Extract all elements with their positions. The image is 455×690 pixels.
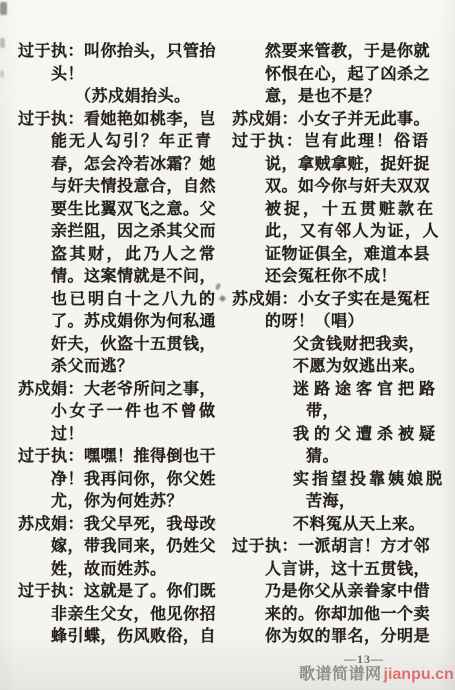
- text-line: 意，是也不是？: [232, 86, 452, 109]
- text-line: 被捉，十五贯赃款在: [232, 199, 452, 222]
- text-line: 非亲生父女，他见你招: [18, 604, 226, 627]
- text-line: 我的父遭杀被疑: [232, 424, 452, 447]
- page-edge-bleed-mark: [0, 70, 4, 78]
- text-line: 盗其财，此乃人之常: [18, 244, 226, 267]
- text-line: 过于执：岂有此理！俗语: [232, 131, 452, 154]
- text-line: 了。苏戍娟你为何私通: [18, 311, 226, 334]
- text-line: 头！: [18, 64, 226, 87]
- text-line: 姓，故而姓苏。: [18, 559, 226, 582]
- text-line: 证物证俱全，难道本县: [232, 244, 452, 267]
- text-line: 也已明白十之八九的: [18, 289, 226, 312]
- text-line: 还会冤枉你不成！: [232, 266, 452, 289]
- text-line: 人言讲，这十五贯钱，: [232, 559, 452, 582]
- text-line: 怀恨在心，起了凶杀之: [232, 64, 452, 87]
- text-line: 过于执：叫你抬头，只管抬: [18, 41, 226, 64]
- text-line: 嫁，带我同来，仍姓父: [18, 536, 226, 559]
- scanned-script-page: 过于执：叫你抬头，只管抬头！（苏戍娟抬头。过于执：看她艳如桃李，岂能无人勾引？年…: [0, 0, 455, 690]
- text-column-left: 过于执：叫你抬头，只管抬头！（苏戍娟抬头。过于执：看她艳如桃李，岂能无人勾引？年…: [18, 41, 226, 649]
- text-line: 尤，你为何姓苏？: [18, 491, 226, 514]
- text-line: （苏戍娟抬头。: [18, 86, 226, 109]
- text-line: 杀父而逃？: [18, 356, 226, 379]
- text-line: 过于执：一派胡言！方才邻: [232, 536, 452, 559]
- text-line: 亲拦阻，因之杀其父而: [18, 221, 226, 244]
- watermark-domain-link[interactable]: jianpu.cn: [384, 666, 454, 683]
- text-line: 苏戍娟：小女子并无此事。: [232, 109, 452, 132]
- text-line: 双。如今你与奸夫双双: [232, 176, 452, 199]
- text-line: 过！: [18, 424, 226, 447]
- text-line: 过于执：嘿嘿！推得倒也干: [18, 446, 226, 469]
- watermark-site-name: 歌谱简谱网: [299, 666, 382, 683]
- text-line: 乃是你父从亲眷家中借: [232, 581, 452, 604]
- text-line: 蜂引蝶，伤风败俗，自: [18, 626, 226, 649]
- text-line: 带，: [232, 401, 452, 424]
- text-line: 情。这案情就是不问，: [18, 266, 226, 289]
- text-line: 不料冤从天上来。: [232, 514, 452, 537]
- text-line: 奸夫，伙盗十五贯钱，: [18, 334, 226, 357]
- text-line: 不愿为奴逃出来。: [232, 356, 452, 379]
- text-line: 能无人勾引？年正青: [18, 131, 226, 154]
- text-line: 说，拿贼拿赃，捉奸捉: [232, 154, 452, 177]
- text-line: 过于执：这就是了。你们既: [18, 581, 226, 604]
- text-line: 你为奴的罪名，分明是: [232, 626, 452, 649]
- text-line: 要生比翼双飞之意。父: [18, 199, 226, 222]
- text-line: 来的。你却加他一个卖: [232, 604, 452, 627]
- text-line: 的呀！（唱）: [232, 311, 452, 334]
- watermark: 歌谱简谱网jianpu.cn: [299, 661, 454, 684]
- text-line: 然要来管教，于是你就: [232, 41, 452, 64]
- text-line: 苏戍娟：小女子实在是冤枉: [232, 289, 452, 312]
- text-line: 过于执：看她艳如桃李，岂: [18, 109, 226, 132]
- text-line: 净！我再问你，你父姓: [18, 469, 226, 492]
- text-line: 此，又有邻人为证，人: [232, 221, 452, 244]
- text-line: 苏戍娟：我父早死，我母改: [18, 514, 226, 537]
- text-line: 春，怎会冷若冰霜？她: [18, 154, 226, 177]
- text-column-right: 然要来管教，于是你就怀恨在心，起了凶杀之意，是也不是？苏戍娟：小女子并无此事。过…: [232, 41, 452, 649]
- text-line: 父贪钱财把我卖，: [232, 334, 452, 357]
- text-line: 苦海，: [232, 491, 452, 514]
- page-edge-bleed-mark: [0, 2, 7, 15]
- text-line: 猜。: [232, 446, 452, 469]
- text-line: 小女子一件也不曾做: [18, 401, 226, 424]
- text-line: 实指望投靠姨娘脱: [232, 469, 452, 492]
- text-line: 与奸夫情投意合，自然: [18, 176, 226, 199]
- text-line: 迷路途客官把路: [232, 379, 452, 402]
- text-line: 苏戍娟：大老爷所问之事，: [18, 379, 226, 402]
- page-edge-bleed-mark: [0, 38, 5, 48]
